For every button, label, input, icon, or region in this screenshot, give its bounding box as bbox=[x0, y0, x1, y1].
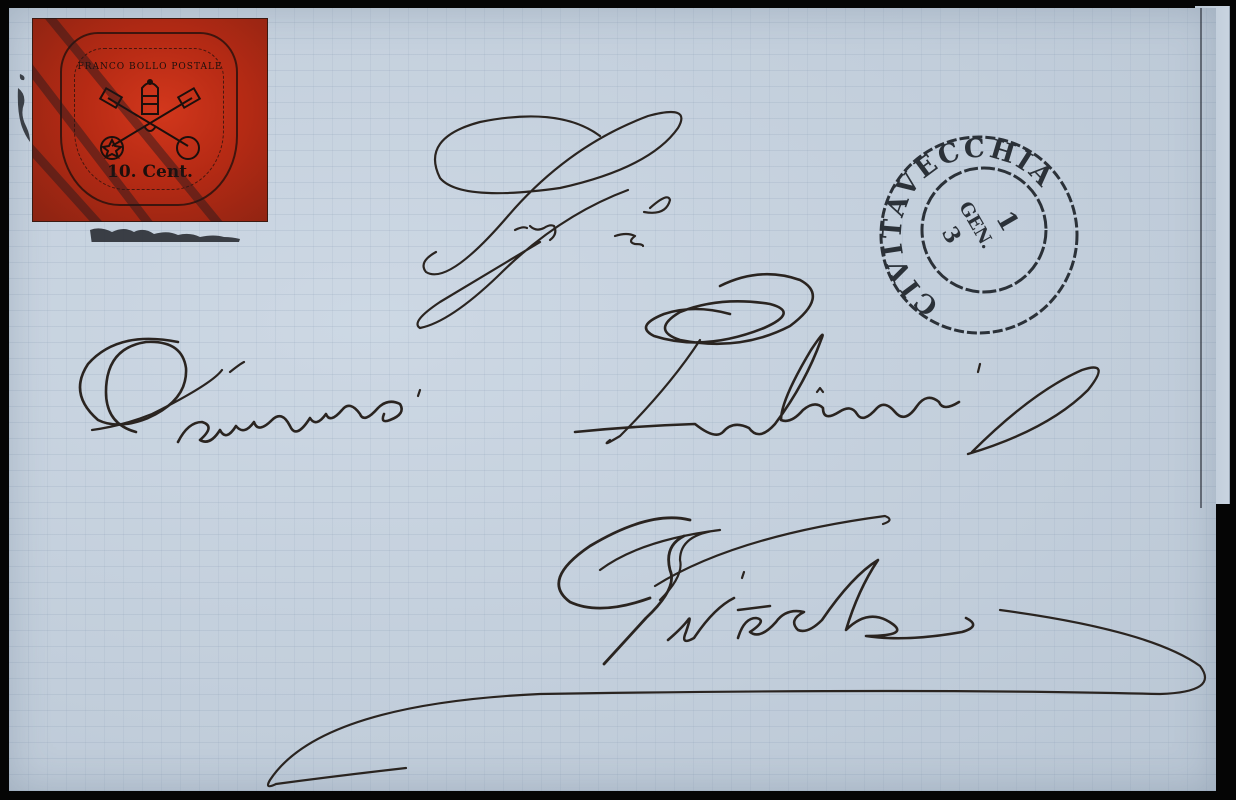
circular-datestamp: CIVITAVECCHIA 1 GEN. 3 bbox=[876, 134, 1082, 336]
edge-cancel-mark bbox=[12, 68, 34, 158]
stamp-cancel-streaks bbox=[32, 18, 268, 222]
fold-line bbox=[1200, 8, 1202, 508]
postage-stamp: FRANCO BOLLO POSTALE 10. Cent. bbox=[32, 18, 268, 222]
obliterator-smudge bbox=[88, 226, 243, 242]
postmark-day: 1 bbox=[989, 206, 1024, 237]
postmark-year: 3 bbox=[936, 222, 966, 248]
